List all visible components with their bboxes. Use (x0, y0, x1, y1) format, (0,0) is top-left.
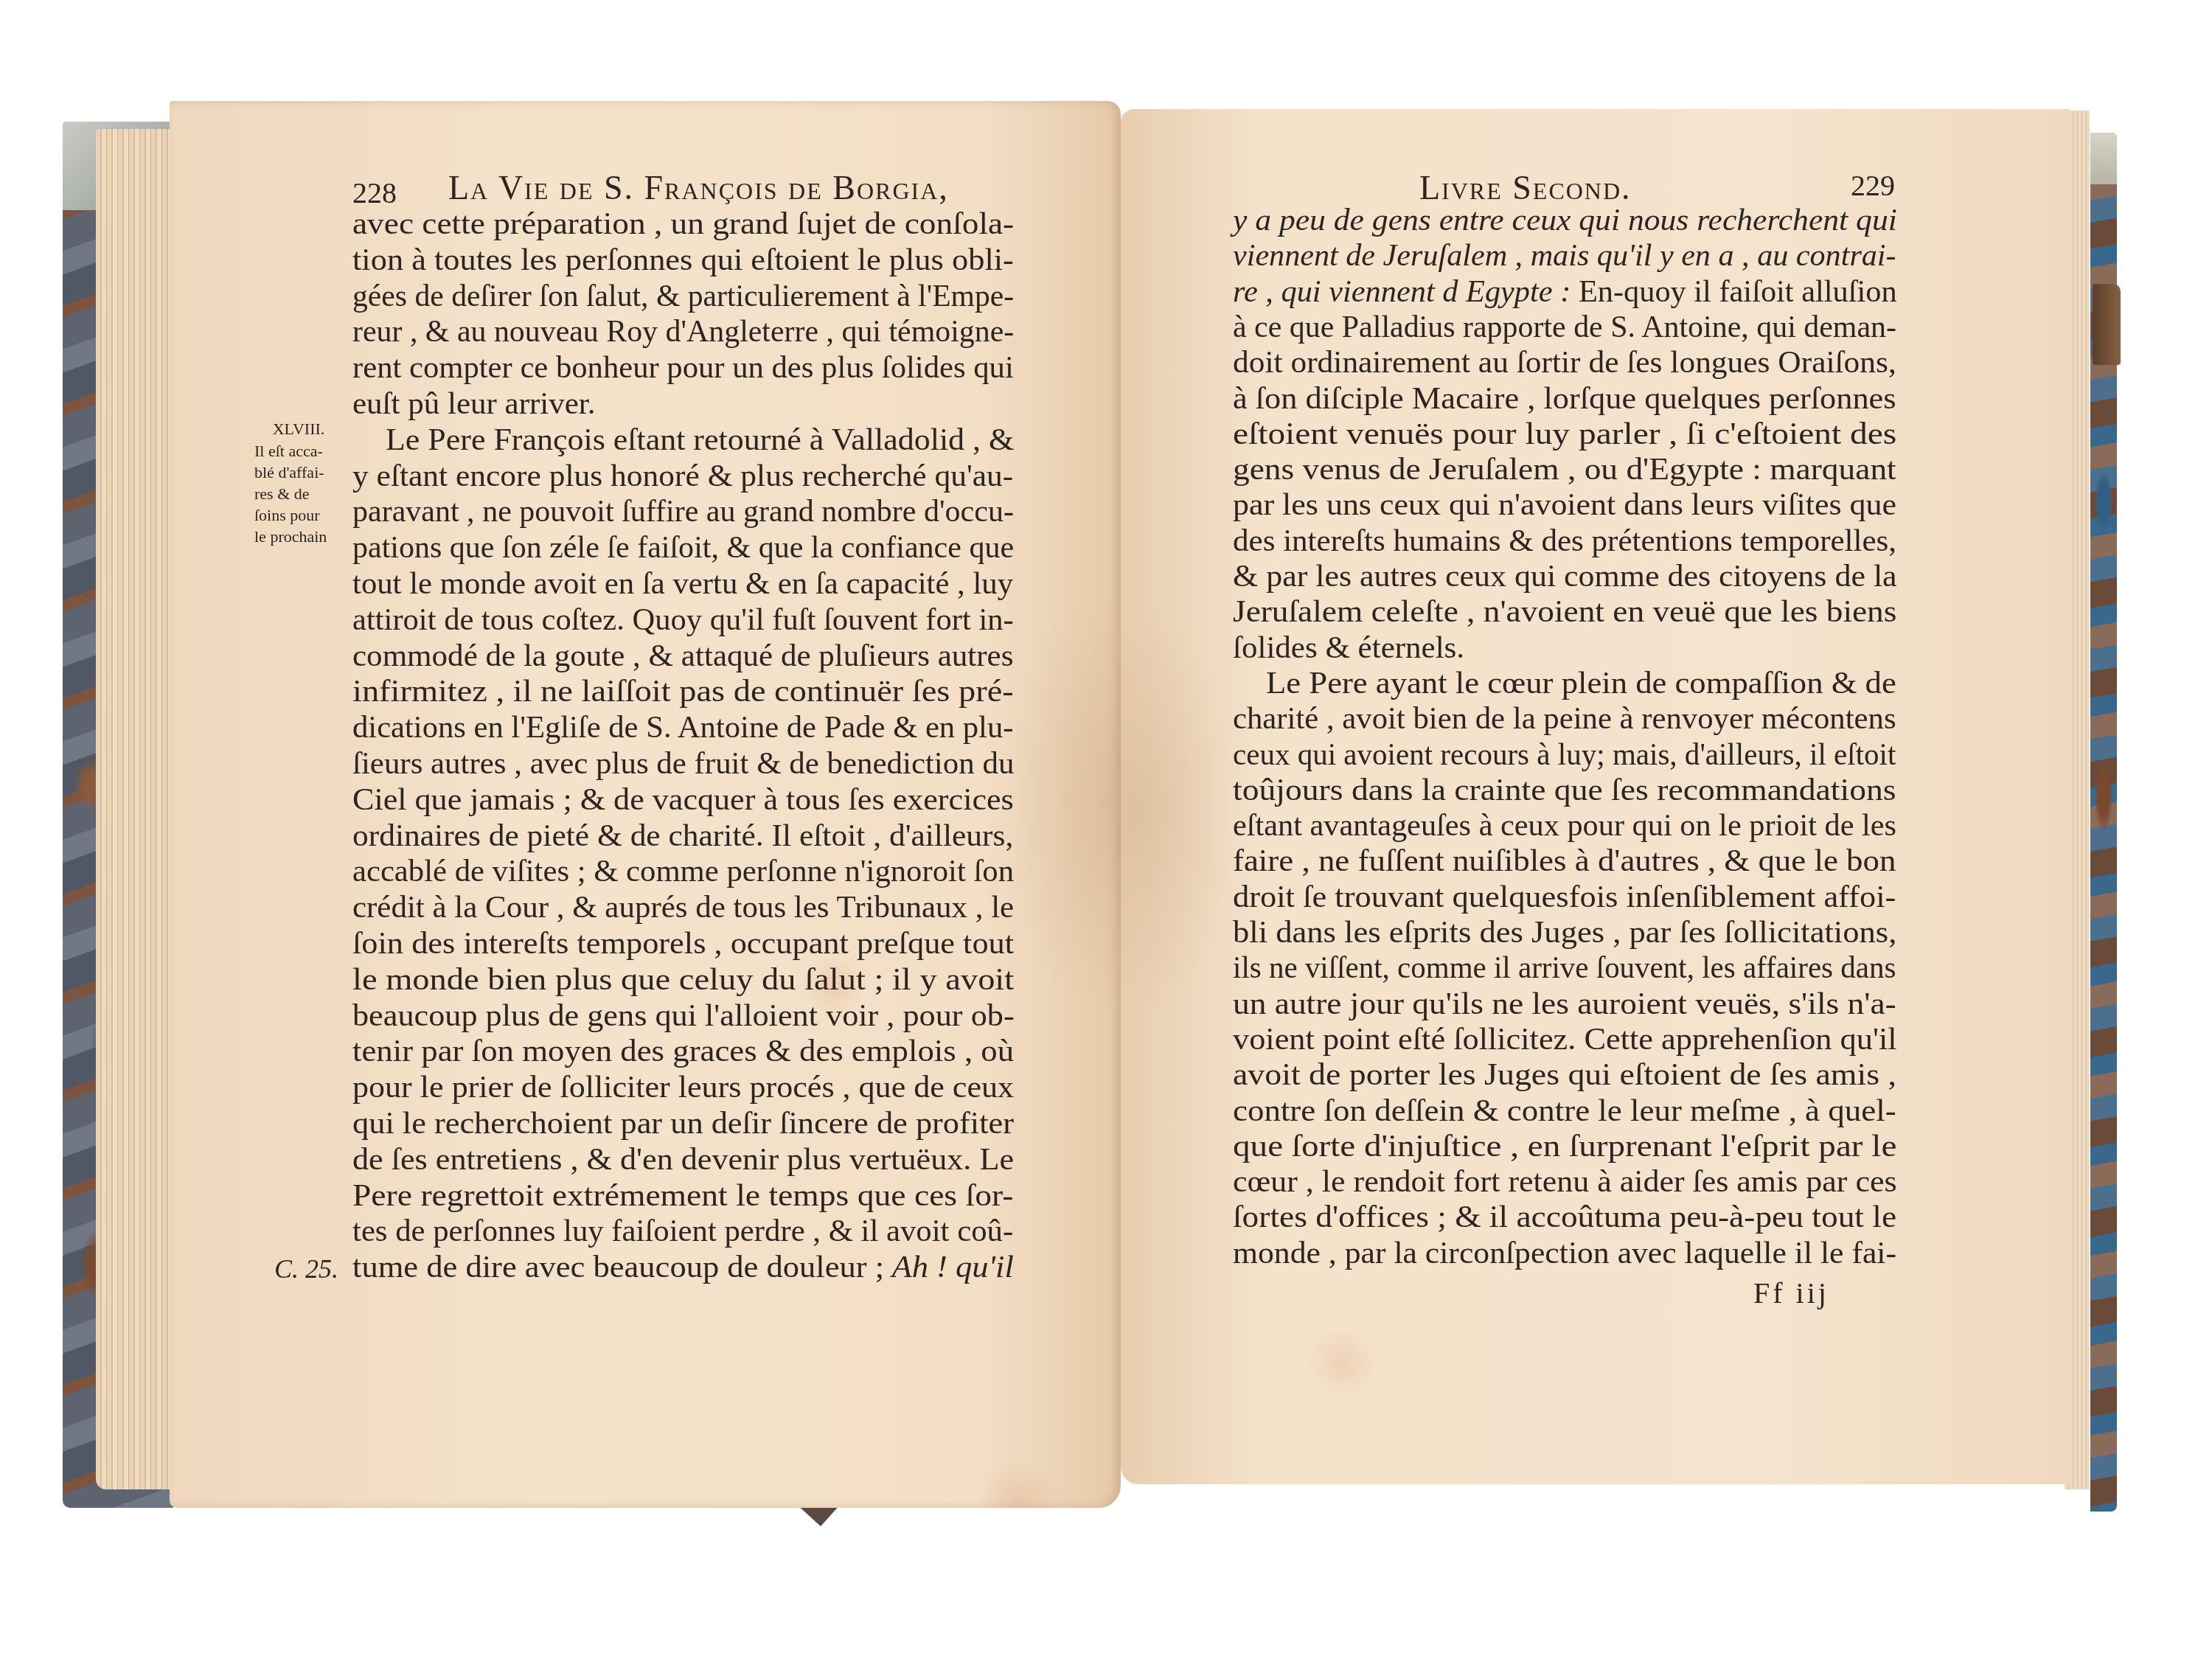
text-line: Jeruſalem celeſte , n'avoient en veuë qu… (1233, 594, 1896, 630)
text-line: cœur , le rendoit fort retenu à aider ſe… (1233, 1164, 1897, 1200)
text-line: & par les autres ceux qui comme des cito… (1233, 559, 1897, 594)
text-line: à ce que Palladius rapporte de S. Antoin… (1233, 310, 1896, 345)
text-line: de ſes entretiens , & d'en devenir plus … (352, 1142, 1014, 1178)
text-line: ordinaires de pieté & de charité. Il eſt… (352, 818, 1013, 854)
margin-note-line: ſoins pour (254, 504, 320, 526)
italic-quote: Ah ! qu'il (884, 1250, 1014, 1284)
text-line: voient point eſté ſollicitez. Cette appr… (1233, 1022, 1897, 1057)
margin-note-number: XLVIII. (254, 418, 343, 439)
text-line: Le Pere François eſtant retourné à Valla… (386, 422, 1014, 458)
text-line: qui le recherchoient par un deſir ſincer… (352, 1106, 1014, 1141)
text-line: ſieurs autres , avec plus de fruit & de … (352, 746, 1014, 782)
text-line: avoit de porter les Juges qui eſtoient d… (1233, 1057, 1896, 1093)
text-line: ſolides & éternels. (1233, 630, 1464, 666)
text-line: que ſorte d'injuſtice , en ſurprenant l'… (1233, 1129, 1896, 1164)
text-line: droit ſe trouvant quelquesfois inſenſibl… (1233, 880, 1896, 915)
text-line: à ſon diſciple Macaire , lorſque quelque… (1233, 381, 1896, 417)
margin-note-line: Il eſt acca- (254, 440, 323, 462)
text-line: attiroit de tous coſtez. Quoy qu'il fuſt… (352, 602, 1014, 638)
text-line: paravant , ne pouvoit ſuffire au grand n… (352, 494, 1014, 529)
text-line: Ciel que jamais ; & de vacquer à tous ſe… (352, 782, 1014, 818)
text-line: faire , ne fuſſent nuiſibles à d'autres … (1233, 844, 1896, 879)
text-line: ceux qui avoient recours à luy; mais, d'… (1233, 737, 1896, 773)
text-line: des intereſts humains & des prétentions … (1233, 524, 1896, 559)
text-line: contre ſon deſſein & contre le leur meſm… (1233, 1093, 1896, 1129)
running-head-left: La Vie de S. François de Borgia, (448, 168, 1009, 207)
text-line: pour le prier de ſolliciter leurs procés… (352, 1070, 1014, 1105)
text-line: eſtant avantageuſes à ceux pour qui on l… (1233, 808, 1896, 844)
text-line: accablé de viſites ; & comme perſonne n'… (352, 854, 1014, 889)
text-line: pations que ſon zéle ſe faiſoit, & que l… (352, 530, 1014, 566)
text-line: toûjours dans la crainte que ſes recomma… (1233, 773, 1896, 808)
margin-note-line: blé d'affai- (254, 462, 324, 483)
text-line: reur , & au nouveau Roy d'Angleterre , q… (352, 314, 1014, 349)
text-line: eſtoient venuës pour luy parler , ſi c'e… (1233, 417, 1896, 452)
citation-note: C. 25. (274, 1253, 338, 1284)
text-line: beaucoup plus de gens qui l'alloient voi… (352, 998, 1015, 1034)
roman-continuation: En-quoy il faiſoit alluſion (1571, 274, 1896, 309)
text-line: crédit à la Cour , & auprés de tous les … (352, 890, 1014, 925)
text-line: infirmitez , il ne laiſſoit pas de conti… (352, 674, 1014, 709)
text-line: ſoin des intereſts temporels , occupant … (352, 926, 1014, 961)
page-number-right: 229 (1851, 168, 1895, 203)
text-line: commodé de la goute , & attaqué de pluſi… (352, 639, 1013, 674)
text-line: bli dans les eſprits des Juges , par ſes… (1233, 915, 1896, 950)
running-head-right: Livre Second. (1419, 168, 1632, 207)
text-line: y a peu de gens entre ceux qui nous rech… (1233, 203, 1897, 238)
text-line: gées de deſirer ſon ſalut, & particulier… (352, 279, 1014, 314)
text-line: Pere regrettoit extrémement le temps que… (352, 1178, 1013, 1214)
text-line: ſortes d'offices ; & il accoûtuma peu-à-… (1233, 1200, 1896, 1235)
text-line: rent compter ce bonheur pour un des plus… (352, 350, 1014, 386)
text-line: viennent de Jeruſalem , mais qu'il y en … (1233, 238, 1896, 274)
text-line: euſt pû leur arriver. (352, 386, 596, 422)
text-line: gens venus de Jeruſalem , ou d'Egypte : … (1233, 452, 1896, 487)
text-line: ils ne viſſent, comme il arrive ſouvent,… (1233, 950, 1896, 986)
text-line: tion à toutes les perſonnes qui eſtoient… (352, 243, 1014, 278)
text-line: charité , avoit bien de la peine à renvo… (1233, 701, 1896, 737)
text-line: le monde bien plus que celuy du ſalut ; … (352, 962, 1014, 998)
left-page-block-edge (96, 129, 177, 1489)
text-line: re , qui viennent d Egypte : En-quoy il … (1233, 274, 1897, 310)
text-line: y eſtant encore plus honoré & plus reche… (352, 459, 1013, 494)
text-line: par les uns ceux qui n'avoient dans leur… (1233, 487, 1896, 523)
text-line: dications en l'Egliſe de S. Antoine de P… (352, 710, 1013, 745)
leather-tab (2093, 284, 2121, 365)
page-number-left: 228 (352, 175, 397, 210)
text-line: tes de perſonnes luy faiſoient perdre , … (352, 1214, 1013, 1249)
margin-note-line: res & de (254, 483, 310, 504)
signature-mark: Ff iij (1753, 1276, 1829, 1310)
margin-note-line: le prochain (254, 526, 327, 547)
text-line: tenir par ſon moyen des graces & des emp… (352, 1034, 1014, 1069)
text-line: un autre jour qu'ils ne les auroient veu… (1233, 987, 1896, 1022)
text-line: tout le monde avoit en ſa vertu & en ſa … (352, 566, 1013, 602)
text-line: doit ordinairement au ſortir de ſes long… (1233, 345, 1896, 380)
text-line: tume de dire avec beaucoup de douleur ; … (352, 1250, 1014, 1285)
text-line: monde , par la circonſpection avec laque… (1233, 1236, 1896, 1271)
right-cover-corner (2090, 133, 2117, 184)
text-line: Le Pere ayant le cœur plein de compaſſio… (1266, 666, 1896, 701)
text-line: avec cette préparation , un grand ſujet … (352, 206, 1014, 242)
